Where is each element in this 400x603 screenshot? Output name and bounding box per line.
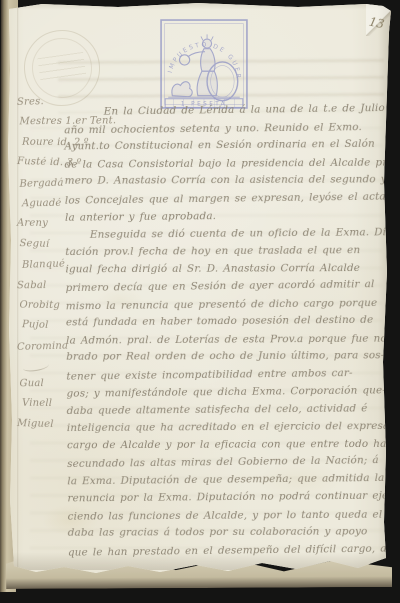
paper-top-shading <box>8 2 390 10</box>
manuscript-line: brado por Real orden de ocho de Junio úl… <box>66 348 390 367</box>
manuscript-line: primero decía que en Sesión de ayer acor… <box>66 276 390 298</box>
manuscript-line: inteligencia que ha acreditado en el eje… <box>67 418 391 438</box>
stamp-wreath <box>179 55 189 65</box>
manuscript-line: gos; y manifestándole que dicha Exma. Co… <box>66 382 390 403</box>
revenue-stamp: IMPUESTO DE GUERRA 1 PESETA <box>159 18 249 110</box>
stamp-arc-text: IMPUESTO DE GUERRA <box>159 18 242 81</box>
manuscript-line: daba las gracias á todos por su colabora… <box>68 524 392 543</box>
manuscript-line: tación prov.l fecha de hoy en que trasla… <box>65 242 389 262</box>
manuscript-page: IMPUESTO DE GUERRA 1 PESETA 13 Sres.Mest… <box>0 0 400 603</box>
margin-flourish <box>23 361 50 373</box>
page-number: 13 <box>367 15 385 32</box>
manuscript-line: Ayunt.to Constitucional en Sesión ordina… <box>64 136 388 156</box>
manuscript-line: mero D. Anastasio Corría con la asistenc… <box>65 172 389 191</box>
manuscript-line: está fundada en haber tomado posesión de… <box>66 312 390 332</box>
manuscript-line: renuncia por la Exma. Diputación no podr… <box>67 488 391 508</box>
stamp-arc-text-path: IMPUESTO DE GUERRA <box>159 18 242 81</box>
manuscript-body: En la Ciudad de Lérida á la una de la t.… <box>64 101 392 561</box>
stamp-allegory-figure <box>168 34 240 100</box>
manuscript-line: la anterior y fue aprobada. <box>65 206 389 227</box>
stamp-lion <box>172 82 192 97</box>
